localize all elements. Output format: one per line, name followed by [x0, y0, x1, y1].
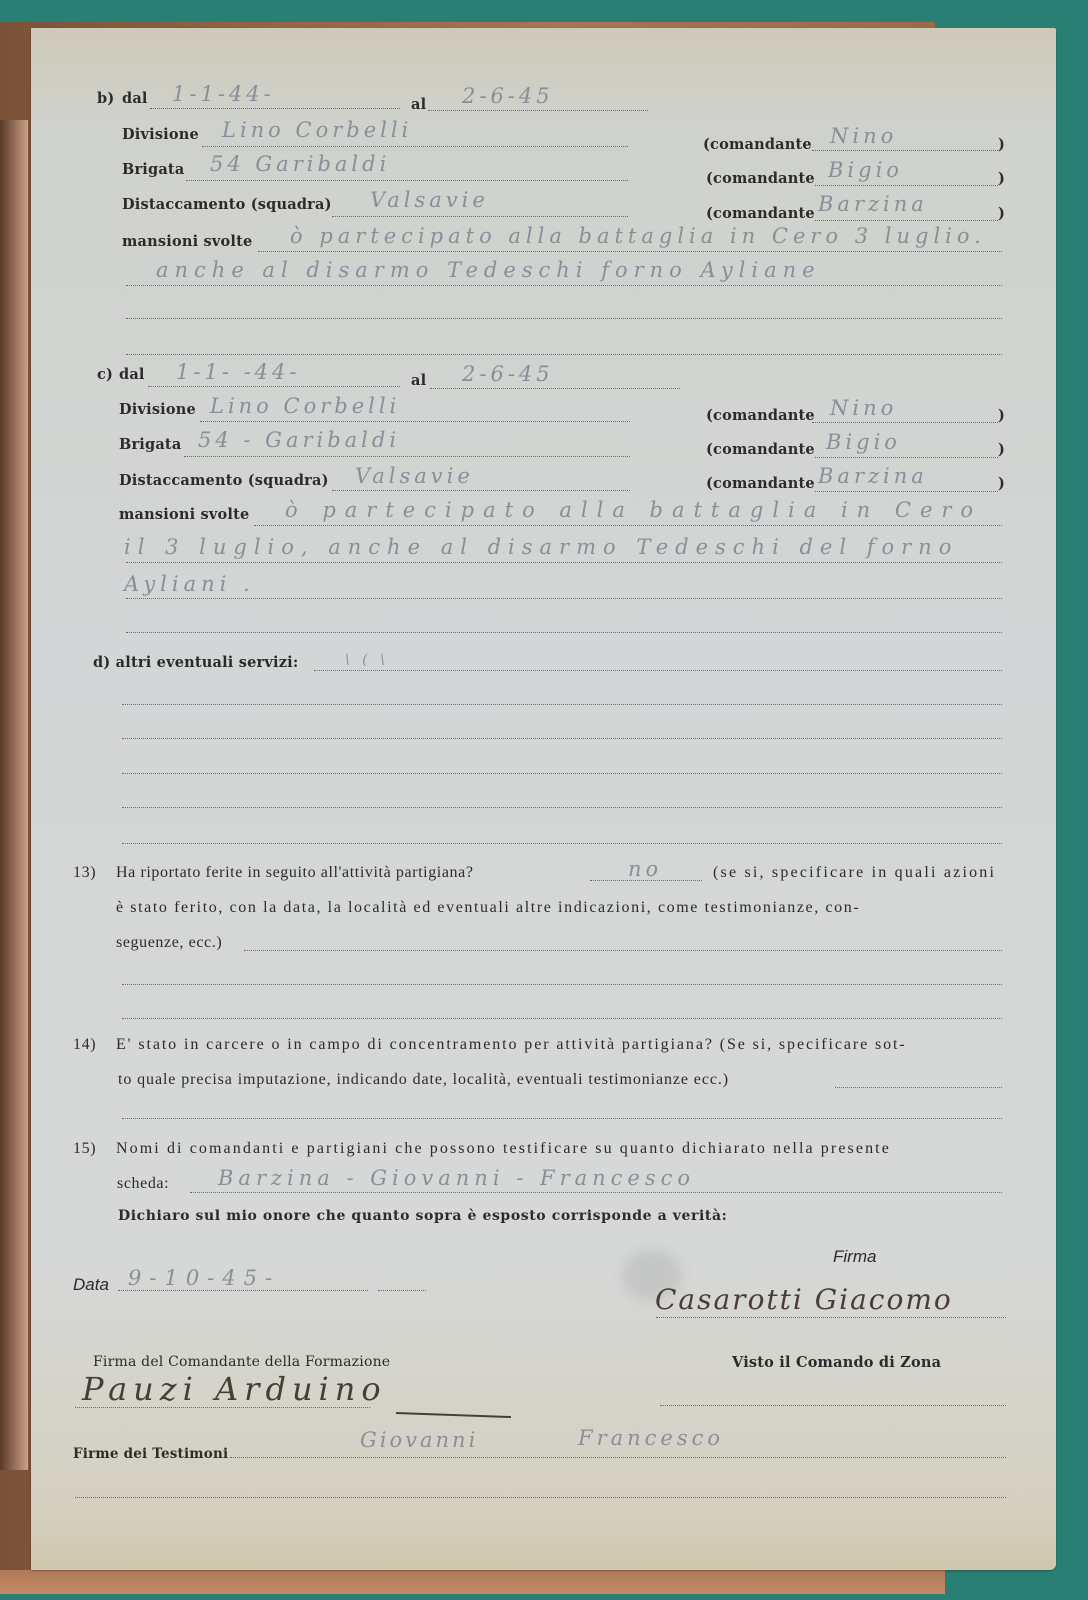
section-b-divisione-line	[202, 146, 628, 147]
section-c-comandante-close-3: )	[998, 475, 1005, 492]
section-b-al-value[interactable]: 2-6-45	[462, 84, 554, 108]
wooden-board-bottom-edge	[0, 1570, 945, 1594]
section-b-dal-value[interactable]: 1-1-44-	[172, 82, 275, 106]
q15-declaration: Dichiaro sul mio onore che quanto sopra …	[118, 1208, 727, 1224]
section-c-brigata-value[interactable]: 54 - Garibaldi	[198, 428, 400, 452]
q13-line-2	[122, 984, 1002, 985]
section-d-value[interactable]: \ ( \	[345, 652, 389, 668]
testimoni-label: Firme dei Testimoni	[73, 1446, 228, 1462]
q14-text-2: to quale precisa imputazione, indicando …	[118, 1071, 729, 1089]
section-c-divisione-value[interactable]: Lino Corbelli	[210, 394, 400, 418]
section-b-comandante-line-1	[812, 150, 998, 151]
section-c-brigata-label: Brigata	[119, 436, 181, 453]
q15-text-1: Nomi di comandanti e partigiani che poss…	[116, 1140, 891, 1158]
section-c-mansioni-value-2[interactable]: il 3 luglio, anche al disarmo Tedeschi d…	[124, 535, 958, 559]
section-b-comandante-label-1: (comandante	[703, 136, 812, 153]
section-c-comandante-line-2	[815, 457, 998, 458]
testimoni-line-1	[230, 1457, 1006, 1458]
section-d-label: d) altri eventuali servizi:	[93, 654, 298, 671]
section-b-comandante-close-2: )	[998, 170, 1005, 187]
section-b-comandante-label-3: (comandante	[706, 205, 815, 222]
data-label: Data	[73, 1275, 109, 1295]
q13-text-2: è stato ferito, con la data, la località…	[116, 899, 860, 917]
section-c-mansioni-line-3	[126, 598, 1002, 599]
section-b-distaccamento-value[interactable]: Valsavie	[370, 188, 489, 212]
section-c-divisione-label: Divisione	[119, 401, 196, 418]
q15-scheda-label: scheda:	[117, 1175, 169, 1193]
section-c-al-line	[430, 388, 680, 389]
firma-label: Firma	[833, 1247, 876, 1267]
data-line-1	[118, 1290, 368, 1291]
section-c-mansioni-value-3[interactable]: Ayliani .	[124, 572, 255, 596]
section-c-brigata-line	[184, 456, 630, 457]
section-d-line-4	[122, 773, 1002, 774]
section-c-al-value[interactable]: 2-6-45	[462, 362, 554, 386]
section-b-al-line	[428, 110, 648, 111]
section-b-distaccamento-line	[332, 216, 628, 217]
section-b-comandante-divisione-value[interactable]: Nino	[830, 124, 897, 148]
firma-line	[656, 1317, 1006, 1318]
section-b-comandante-brigata-value[interactable]: Bigio	[828, 158, 903, 182]
section-c-dal-line	[148, 386, 400, 387]
section-b-brigata-line	[186, 180, 628, 181]
section-c-comandante-distaccamento-value[interactable]: Barzina	[818, 464, 928, 488]
q13-number: 13)	[73, 864, 96, 882]
section-c-dal-label: dal	[119, 366, 145, 383]
q14-line-1	[835, 1087, 1002, 1088]
section-b-mansioni-line-4	[126, 354, 1002, 355]
q13-line-3	[122, 1018, 1002, 1019]
section-b-al-label: al	[411, 96, 426, 113]
section-c-comandante-close-1: )	[998, 407, 1005, 424]
section-b-mansioni-label: mansioni svolte	[122, 233, 252, 250]
section-c-divisione-line	[200, 421, 630, 422]
section-d-line-3	[122, 738, 1002, 739]
data-line-2	[378, 1290, 426, 1291]
section-c-comandante-line-3	[815, 491, 998, 492]
section-c-mansioni-label: mansioni svolte	[119, 506, 249, 523]
section-b-mansioni-value-1[interactable]: ò partecipato alla battaglia in Cero 3 l…	[290, 224, 986, 248]
section-d-line-6	[122, 843, 1002, 844]
section-b-mansioni-line-1	[258, 251, 1002, 252]
section-b-brigata-value[interactable]: 54 Garibaldi	[210, 152, 390, 176]
section-b-divisione-value[interactable]: Lino Corbelli	[222, 118, 412, 142]
section-b-mansioni-value-2[interactable]: anche al disarmo Tedeschi forno Ayliane	[156, 258, 821, 282]
q15-number: 15)	[73, 1140, 96, 1158]
section-c-mansioni-value-1[interactable]: ò partecipato alla battaglia in Cero	[285, 498, 982, 522]
testimoni-line-2	[75, 1497, 1006, 1498]
section-c-distaccamento-label: Distaccamento (squadra)	[119, 472, 329, 489]
q14-line-2	[122, 1118, 1002, 1119]
section-c-comandante-close-2: )	[998, 441, 1005, 458]
section-b-prefix: b)	[97, 90, 114, 107]
section-d-line-5	[122, 807, 1002, 808]
testimone-2-signature[interactable]: Francesco	[578, 1426, 724, 1450]
book-spine-edge	[0, 120, 28, 1470]
visto-comando-zona-line	[660, 1405, 1006, 1406]
q13-line-1	[244, 950, 1002, 951]
section-c-prefix: c)	[97, 366, 113, 383]
section-c-distaccamento-line	[332, 490, 630, 491]
section-b-comandante-line-3	[815, 220, 998, 221]
section-c-comandante-label-3: (comandante	[706, 475, 815, 492]
section-c-comandante-label-2: (comandante	[706, 441, 815, 458]
section-b-comandante-label-2: (comandante	[706, 170, 815, 187]
section-b-comandante-close-1: )	[998, 136, 1005, 153]
section-b-divisione-label: Divisione	[122, 126, 199, 143]
section-c-al-label: al	[411, 372, 426, 389]
q13-text-1b: (se si, specificare in quali azioni	[713, 864, 996, 882]
q15-scheda-value[interactable]: Barzina - Giovanni - Francesco	[218, 1166, 695, 1190]
q14-text-1: E' stato in carcere o in campo di concen…	[116, 1036, 907, 1054]
section-b-distaccamento-label: Distaccamento (squadra)	[122, 196, 332, 213]
section-b-comandante-close-3: )	[998, 205, 1005, 222]
section-c-dal-value[interactable]: 1-1- -44-	[176, 360, 301, 384]
q13-text-3: seguenze, ecc.)	[116, 934, 222, 952]
section-c-mansioni-line-1	[254, 525, 1002, 526]
section-b-dal-line	[150, 108, 400, 109]
section-c-mansioni-line-2	[126, 562, 1002, 563]
section-b-brigata-label: Brigata	[122, 161, 184, 178]
section-c-comandante-divisione-value[interactable]: Nino	[830, 396, 897, 420]
section-c-distaccamento-value[interactable]: Valsavie	[355, 464, 474, 488]
section-c-comandante-label-1: (comandante	[706, 407, 815, 424]
q15-scheda-line	[190, 1192, 1002, 1193]
q13-text-1: Ha riportato ferite in seguito all'attiv…	[116, 864, 474, 882]
data-value[interactable]: 9-10-45-	[128, 1266, 280, 1290]
section-c-comandante-brigata-value[interactable]: Bigio	[826, 430, 901, 454]
section-b-dal-label: dal	[122, 90, 148, 107]
section-b-comandante-line-2	[815, 185, 998, 186]
section-d-line-2	[122, 704, 1002, 705]
comandante-formazione-label: Firma del Comandante della Formazione	[93, 1354, 390, 1370]
section-d-line-1	[314, 670, 1002, 671]
section-b-mansioni-line-2	[126, 285, 1002, 286]
q14-number: 14)	[73, 1036, 96, 1054]
firma-signature[interactable]: Casarotti Giacomo	[655, 1283, 953, 1316]
testimone-1-signature[interactable]: Giovanni	[360, 1428, 478, 1452]
section-c-mansioni-line-4	[126, 632, 1002, 633]
comandante-formazione-signature[interactable]: Pauzi Arduino	[82, 1370, 387, 1408]
section-b-mansioni-line-3	[126, 318, 1002, 319]
visto-comando-zona-label: Visto il Comando di Zona	[732, 1354, 941, 1371]
section-b-comandante-distaccamento-value[interactable]: Barzina	[818, 192, 928, 216]
q13-answer[interactable]: no	[628, 857, 662, 881]
section-c-comandante-line-1	[812, 422, 998, 423]
